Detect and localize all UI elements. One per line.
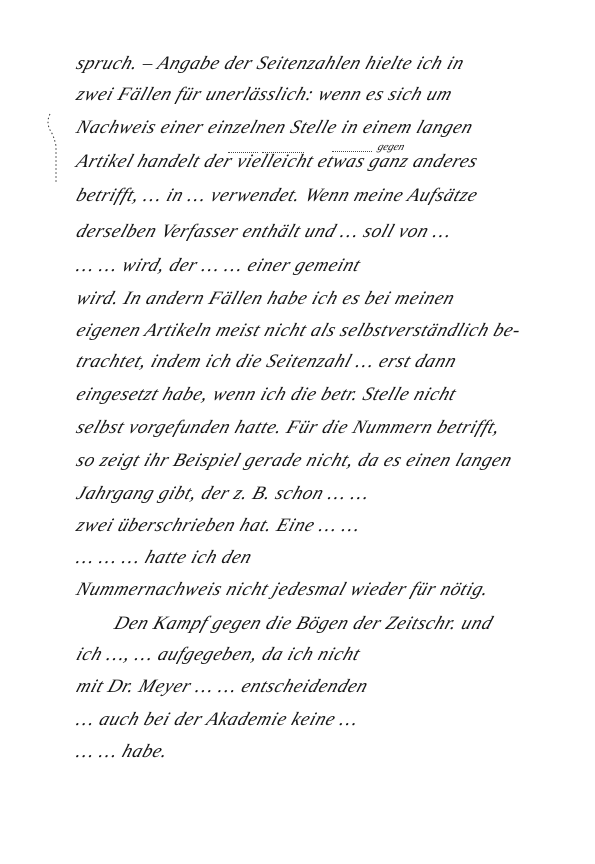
manuscript-line-5: betrifft, … in … verwendet. Wenn meine A… [74, 186, 480, 205]
manuscript-line-11: eingesetzt habe, wenn ich die betr. Stel… [74, 385, 459, 404]
manuscript-line-1: spruch. – Angabe der Seitenzahlen hielte… [74, 54, 467, 73]
manuscript-line-2: zwei Fällen für unerlässlich: wenn es si… [74, 85, 455, 104]
manuscript-line-19: ich …, … aufgegeben, da ich nicht [74, 645, 363, 664]
manuscript-line-15: zwei überschrieben hat. Eine … … [74, 516, 363, 535]
manuscript-line-4: Artikel handelt der vielleicht etwas gan… [74, 152, 480, 171]
manuscript-line-9: eigenen Artikeln meist nicht als selbstv… [74, 321, 523, 340]
manuscript-line-17: Nummernachweis nicht jedesmal wieder für… [74, 580, 492, 599]
manuscript-line-16: … … … hatte ich den [74, 548, 255, 567]
manuscript-line-22: … … habe. [74, 742, 171, 761]
manuscript-line-7: … … wird, der … … einer gemeint [74, 256, 363, 275]
manuscript-line-14: Jahrgang gibt, der z. B. schon … … [74, 484, 372, 503]
manuscript-line-20: mit Dr. Meyer … … entscheidenden [74, 677, 371, 696]
manuscript-line-13: so zeigt ihr Beispiel gerade nicht, da e… [74, 451, 515, 470]
manuscript-line-21: … auch bei der Akademie keine … [74, 710, 361, 729]
manuscript-line-3: Nachweis einer einzelnen Stelle in einem… [74, 118, 476, 137]
manuscript-line-10: trachtet, indem ich die Seitenzahl … ers… [74, 352, 459, 371]
manuscript-line-18: Den Kampf gegen die Bögen der Zeitschr. … [112, 614, 495, 633]
manuscript-line-12: selbst vorgefunden hatte. Für die Nummer… [74, 418, 503, 437]
manuscript-page: spruch. – Angabe der Seitenzahlen hielte… [0, 0, 595, 864]
margin-bracket-mark [46, 112, 60, 182]
manuscript-line-8: wird. In andern Fällen habe ich es bei m… [74, 289, 457, 308]
manuscript-line-6: derselben Verfasser enthält und … soll v… [74, 222, 454, 241]
